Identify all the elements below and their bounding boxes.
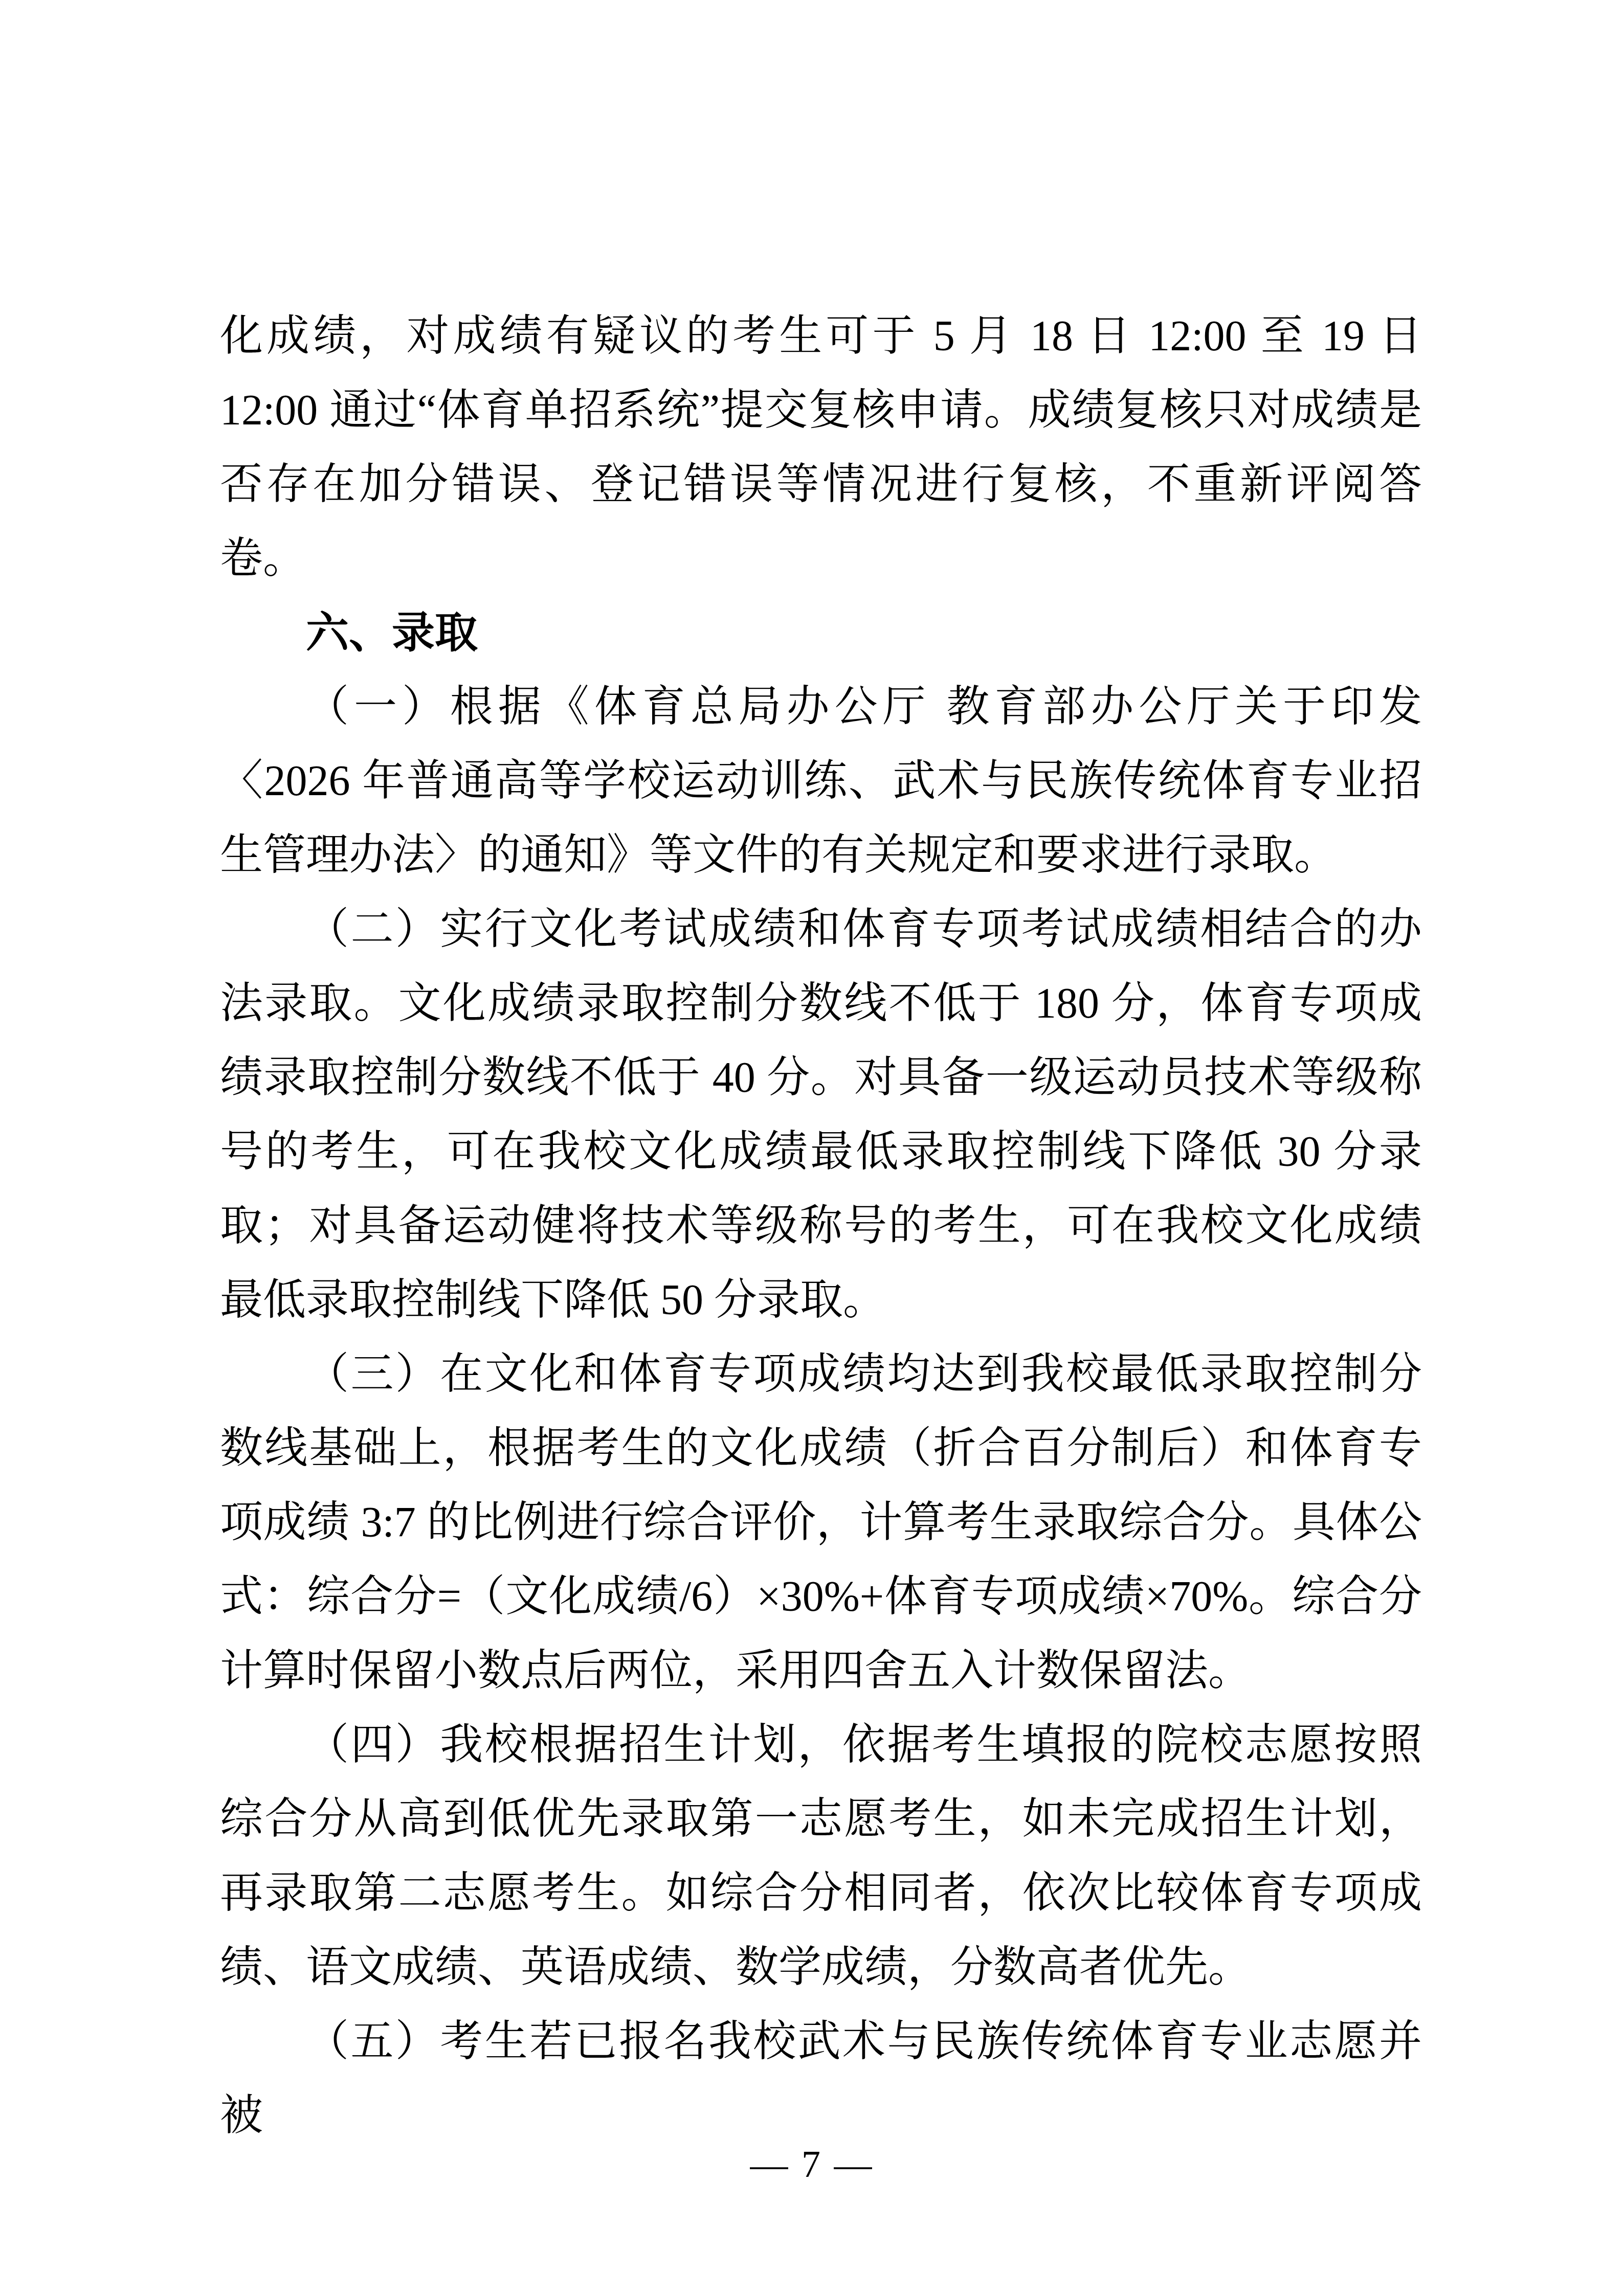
paragraph-admission-3: （三）在文化和体育专项成绩均达到我校最低录取控制分数线基础上，根据考生的文化成绩… <box>220 1337 1422 1708</box>
paragraph-score-review: 化成绩，对成绩有疑议的考生可于 5 月 18 日 12:00 至 19 日 12… <box>220 299 1422 596</box>
document-text-block: 化成绩，对成绩有疑议的考生可于 5 月 18 日 12:00 至 19 日 12… <box>220 299 1422 2153</box>
page-number: — 7 — <box>0 2136 1624 2193</box>
paragraph-admission-5: （五）考生若已报名我校武术与民族传统体育专业志愿并被 <box>220 2005 1422 2153</box>
document-page: 化成绩，对成绩有疑议的考生可于 5 月 18 日 12:00 至 19 日 12… <box>0 0 1624 2296</box>
section-heading-admission: 六、录取 <box>220 596 1422 670</box>
paragraph-admission-2: （二）实行文化考试成绩和体育专项考试成绩相结合的办法录取。文化成绩录取控制分数线… <box>220 892 1422 1337</box>
paragraph-admission-4: （四）我校根据招生计划，依据考生填报的院校志愿按照综合分从高到低优先录取第一志愿… <box>220 1708 1422 2005</box>
paragraph-admission-1: （一）根据《体育总局办公厅 教育部办公厅关于印发〈2026 年普通高等学校运动训… <box>220 670 1422 892</box>
